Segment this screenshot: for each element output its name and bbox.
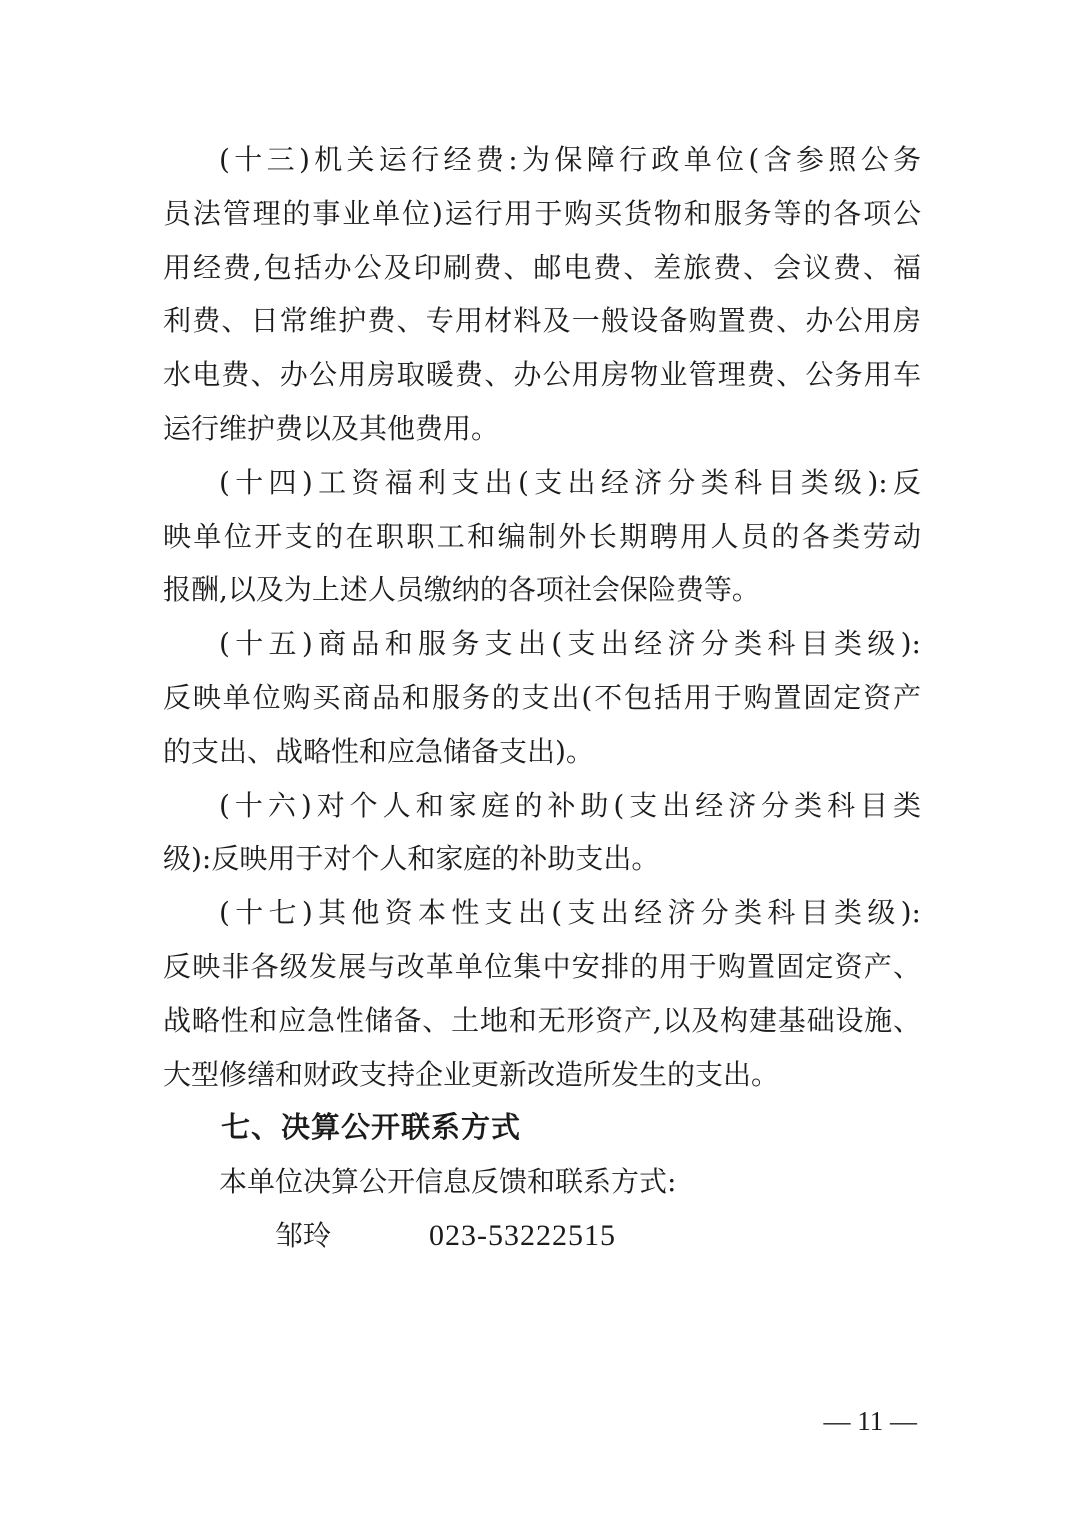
paragraph-14: (十四)工资福利支出(支出经济分类科目类级):反 映单位开支的在职职工和编制外长…: [163, 456, 921, 617]
paragraph-17: (十七)其他资本性支出(支出经济分类科目类级): 反映非各级发展与改革单位集中安…: [163, 886, 921, 1101]
text-line: 的支出、战略性和应急储备支出)。: [163, 725, 921, 779]
text-line: (十六)对个人和家庭的补助(支出经济分类科目类: [163, 779, 921, 833]
document-body: (十三)机关运行经费:为保障行政单位(含参照公务 员法管理的事业单位)运行用于购…: [163, 133, 921, 1263]
text-line: (十七)其他资本性支出(支出经济分类科目类级):: [163, 886, 921, 940]
text-line: 级):反映用于对个人和家庭的补助支出。: [163, 832, 921, 886]
text-line: 战略性和应急性储备、土地和无形资产,以及构建基础设施、: [163, 994, 921, 1048]
section-heading: 七、决算公开联系方式: [163, 1101, 921, 1155]
text-line: 运行维护费以及其他费用。: [163, 402, 921, 456]
contact-intro-line: 本单位决算公开信息反馈和联系方式:: [163, 1155, 921, 1209]
contact-person-name: 邹玲: [219, 1209, 331, 1263]
paragraph-16: (十六)对个人和家庭的补助(支出经济分类科目类 级):反映用于对个人和家庭的补助…: [163, 779, 921, 887]
paragraph-13: (十三)机关运行经费:为保障行政单位(含参照公务 员法管理的事业单位)运行用于购…: [163, 133, 921, 456]
text-line: (十三)机关运行经费:为保障行政单位(含参照公务: [163, 133, 921, 187]
text-line: 映单位开支的在职职工和编制外长期聘用人员的各类劳动: [163, 510, 921, 564]
text-line: (十四)工资福利支出(支出经济分类科目类级):反: [163, 456, 921, 510]
document-page: (十三)机关运行经费:为保障行政单位(含参照公务 员法管理的事业单位)运行用于购…: [0, 0, 1075, 1520]
text-line: 用经费,包括办公及印刷费、邮电费、差旅费、会议费、福: [163, 241, 921, 295]
text-line: 员法管理的事业单位)运行用于购买货物和服务等的各项公: [163, 187, 921, 241]
page-number: — 11 —: [824, 1405, 918, 1437]
text-line: 大型修缮和财政支持企业更新改造所发生的支出。: [163, 1048, 921, 1102]
text-line: 利费、日常维护费、专用材料及一般设备购置费、办公用房: [163, 294, 921, 348]
contact-phone-number: 023-53222515: [373, 1209, 616, 1263]
contact-line: 邹玲023-53222515: [163, 1209, 921, 1263]
text-line: 反映单位购买商品和服务的支出(不包括用于购置固定资产: [163, 671, 921, 725]
text-line: (十五)商品和服务支出(支出经济分类科目类级):: [163, 617, 921, 671]
text-line: 报酬,以及为上述人员缴纳的各项社会保险费等。: [163, 563, 921, 617]
text-line: 水电费、办公用房取暖费、办公用房物业管理费、公务用车: [163, 348, 921, 402]
text-line: 反映非各级发展与改革单位集中安排的用于购置固定资产、: [163, 940, 921, 994]
paragraph-15: (十五)商品和服务支出(支出经济分类科目类级): 反映单位购买商品和服务的支出(…: [163, 617, 921, 778]
